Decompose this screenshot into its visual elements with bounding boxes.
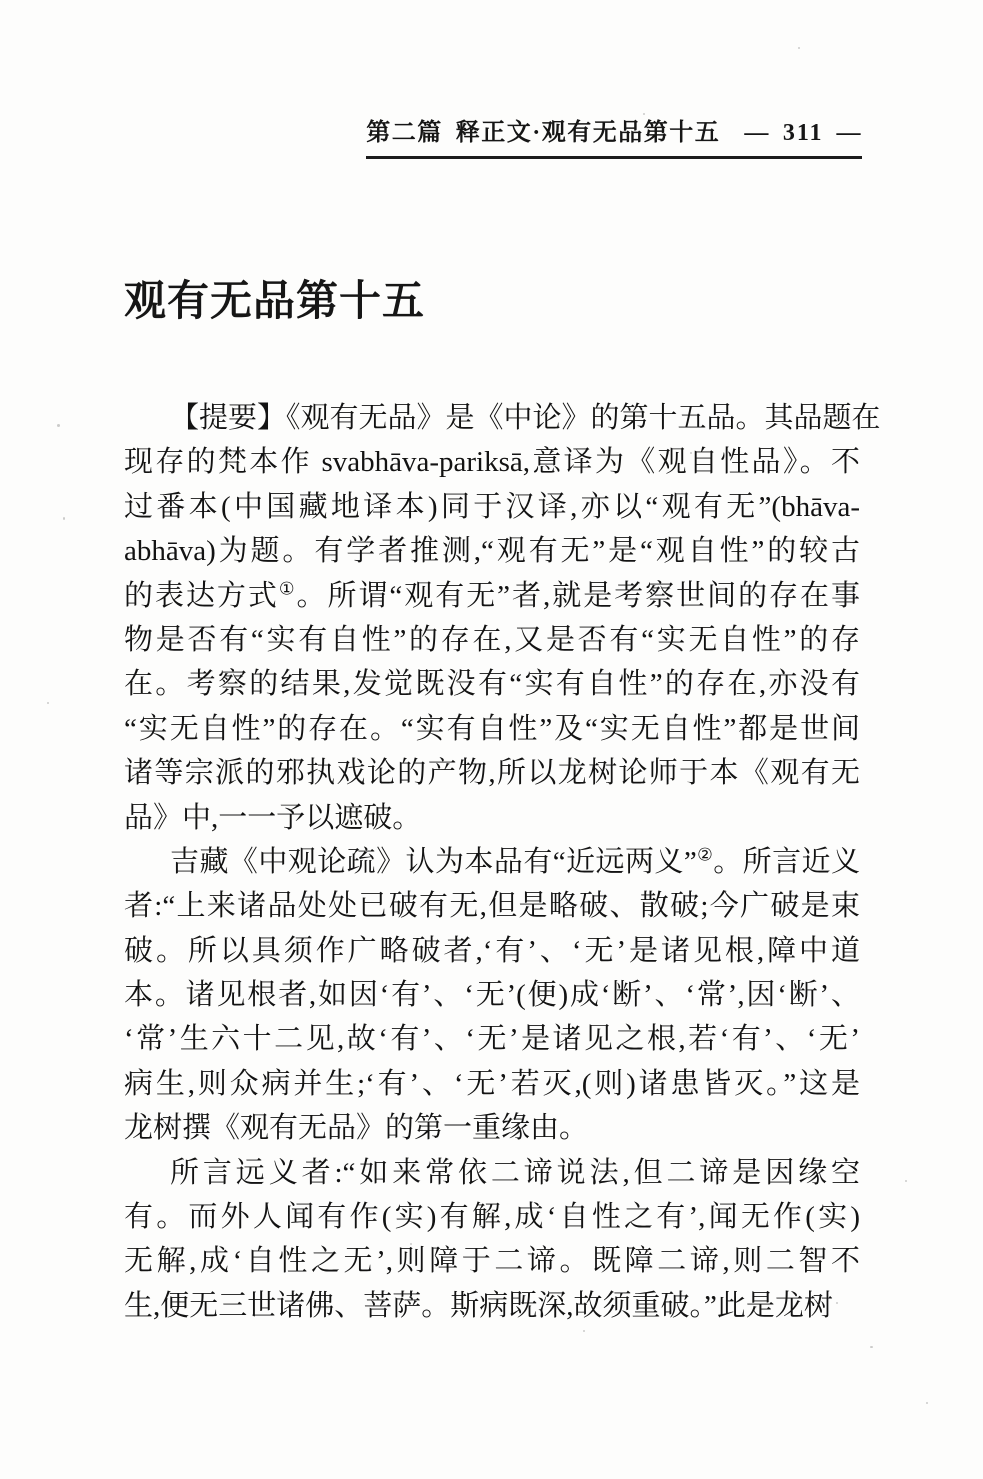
body-line: 诸等宗派的邪执戏论的产物,所以龙树论师于本《观有无 bbox=[124, 751, 860, 795]
body-line: 现存的梵本作 svabhāva-pariksā,意译为《观自性品》。不 bbox=[124, 440, 860, 484]
running-head-section: 释正文·观有无品第十五 bbox=[456, 120, 721, 146]
scan-speck bbox=[926, 1402, 928, 1404]
footnote-marker: ② bbox=[697, 844, 713, 864]
body-line: 过番本(中国藏地译本)同于汉译,亦以“观有无”(bhāva- bbox=[124, 485, 860, 529]
footnote-marker: ① bbox=[279, 578, 297, 598]
scan-speck bbox=[57, 424, 60, 427]
running-head-chapter: 第二篇 bbox=[366, 120, 443, 146]
body-line: 【提要】《观有无品》是《中论》的第十五品。其品题在 bbox=[124, 396, 860, 440]
body-text: 【提要】《观有无品》是《中论》的第十五品。其品题在现存的梵本作 svabhāva… bbox=[124, 396, 860, 1328]
scan-speck bbox=[583, 1330, 585, 1332]
body-line: 本。诸见根者,如因‘有’、‘无’(便)成‘断’、‘常’,因‘断’、 bbox=[124, 973, 860, 1017]
body-line: 龙树撰《观有无品》的第一重缘由。 bbox=[124, 1106, 860, 1150]
body-line: 的表达方式①。所谓“观有无”者,就是考察世间的存在事 bbox=[124, 574, 860, 618]
chapter-title: 观有无品第十五 bbox=[124, 268, 425, 328]
scan-speck bbox=[798, 47, 800, 49]
scan-speck bbox=[63, 517, 65, 520]
body-line: ‘常’生六十二见,故‘有’、‘无’是诸见之根,若‘有’、‘无’ bbox=[124, 1017, 860, 1061]
page-number-dash-left: — bbox=[744, 120, 770, 146]
scan-speck bbox=[47, 702, 49, 704]
body-line: 破。所以具须作广略破者,‘有’、‘无’是诸见根,障中道 bbox=[124, 929, 860, 973]
page-number: 311 bbox=[783, 120, 824, 146]
body-line: 在。考察的结果,发觉既没有“实有自性”的存在,亦没有 bbox=[124, 662, 860, 706]
body-line: 无解,成‘自性之无’,则障于二谛。既障二谛,则二智不 bbox=[124, 1239, 860, 1283]
body-line: 物是否有“实有自性”的存在,又是否有“实无自性”的存 bbox=[124, 618, 860, 662]
body-line: abhāva)为题。有学者推测,“观有无”是“观自性”的较古 bbox=[124, 529, 860, 573]
body-line: “实无自性”的存在。“实有自性”及“实无自性”都是世间 bbox=[124, 707, 860, 751]
scanned-book-page: 第二篇释正文·观有无品第十五—311— 观有无品第十五 【提要】《观有无品》是《… bbox=[0, 0, 983, 1479]
paragraph: 所言远义者:“如来常依二谛说法,但二谛是因缘空有。而外人闻有作(实)有解,成‘自… bbox=[124, 1151, 860, 1329]
paragraph: 【提要】《观有无品》是《中论》的第十五品。其品题在现存的梵本作 svabhāva… bbox=[124, 396, 860, 840]
scan-speck bbox=[905, 1180, 907, 1182]
body-line: 病生,则众病并生;‘有’、‘无’若灭,(则)诸患皆灭。”这是 bbox=[124, 1062, 860, 1106]
scan-speck bbox=[870, 1346, 873, 1348]
body-line: 者:“上来诸品处处已破有无,但是略破、散破;今广破是束 bbox=[124, 884, 860, 928]
body-line: 有。而外人闻有作(实)有解,成‘自性之有’,闻无作(实) bbox=[124, 1195, 860, 1239]
body-line: 吉藏《中观论疏》认为本品有“近远两义”②。所言近义 bbox=[124, 840, 860, 884]
page-header: 第二篇释正文·观有无品第十五—311— bbox=[366, 112, 862, 159]
body-line: 生,便无三世诸佛、菩萨。斯病既深,故须重破。”此是龙树 bbox=[124, 1284, 860, 1328]
paragraph: 吉藏《中观论疏》认为本品有“近远两义”②。所言近义者:“上来诸品处处已破有无,但… bbox=[124, 840, 860, 1151]
body-line: 品》中,一一予以遮破。 bbox=[124, 796, 860, 840]
page-number-dash-right: — bbox=[837, 120, 863, 146]
body-line: 所言远义者:“如来常依二谛说法,但二谛是因缘空 bbox=[124, 1151, 860, 1195]
running-head: 第二篇释正文·观有无品第十五—311— bbox=[366, 112, 862, 159]
